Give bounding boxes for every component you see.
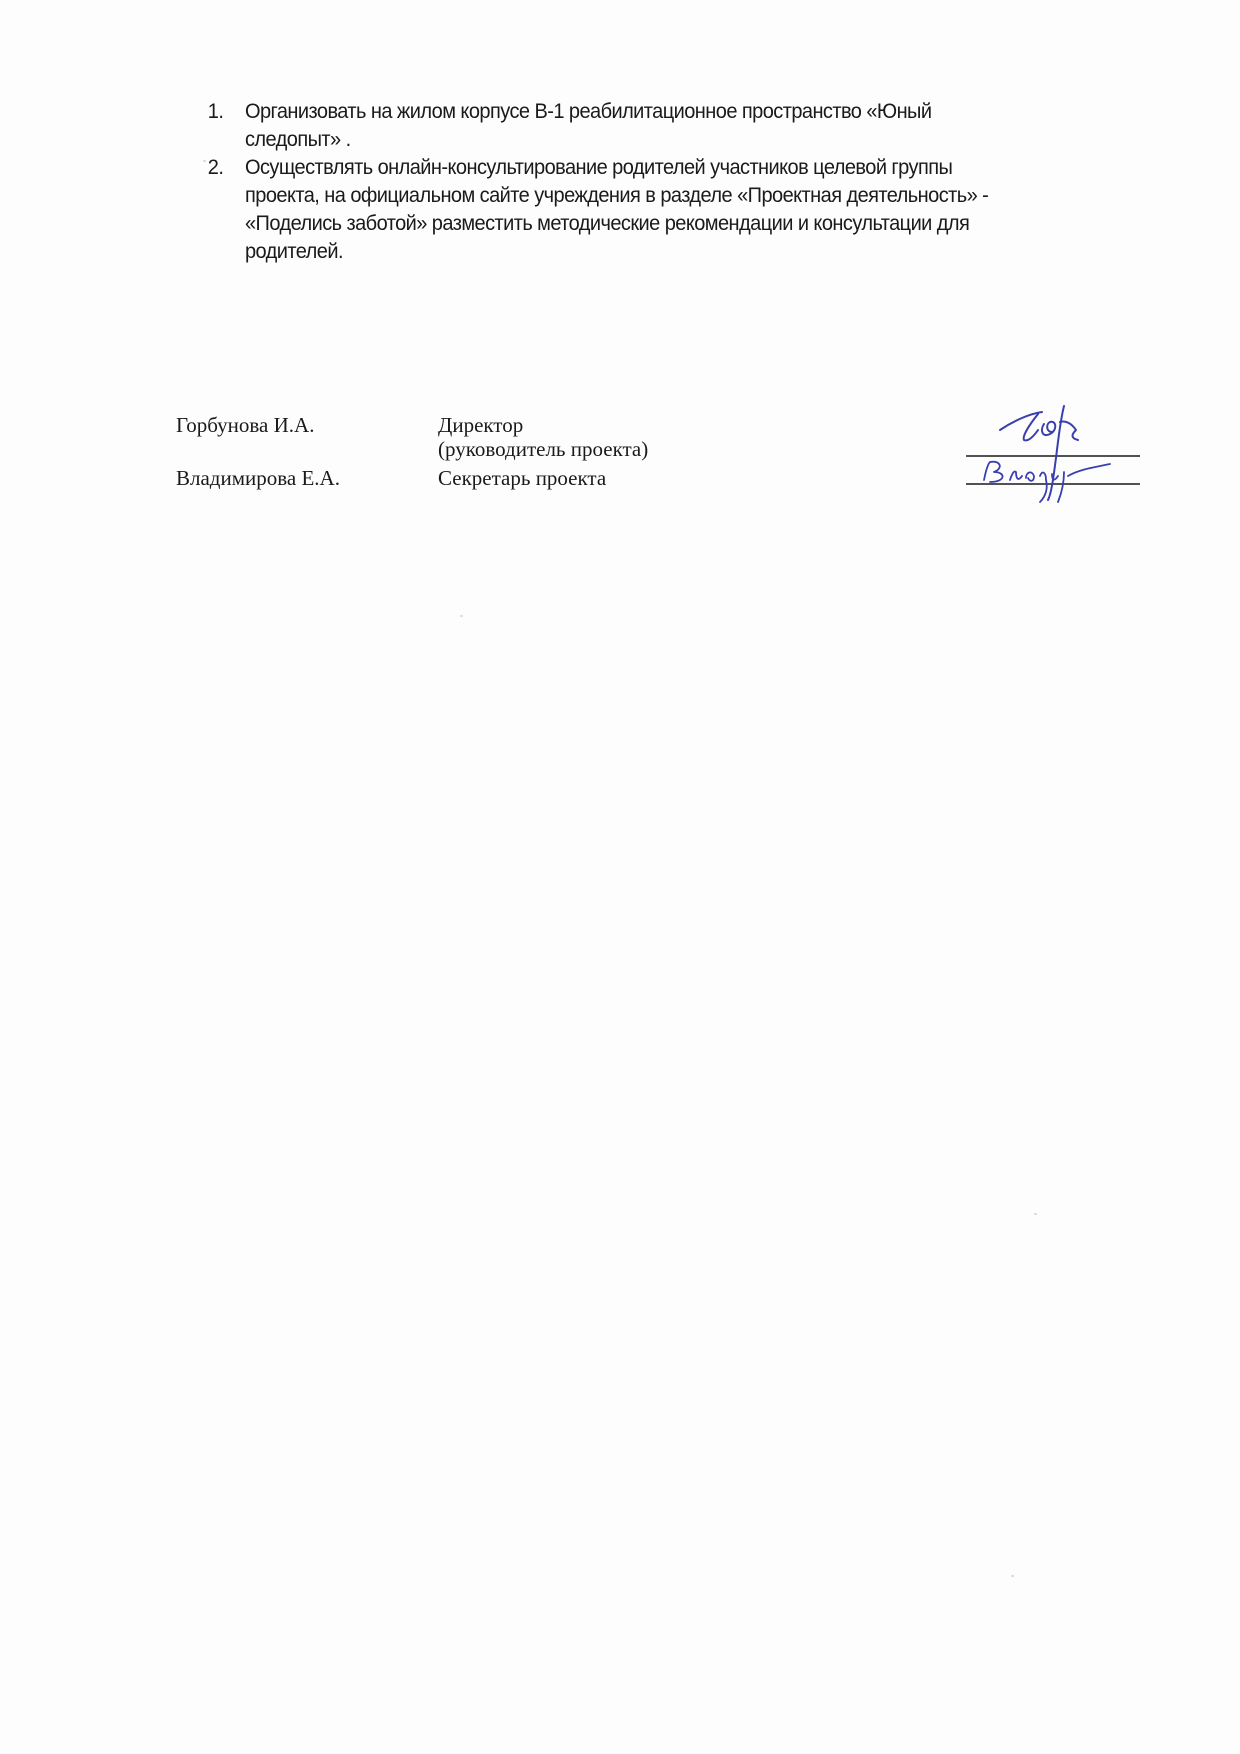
scan-artifact <box>1034 1213 1037 1215</box>
signatory-name: Владимирова Е.А. <box>176 466 340 490</box>
list-item-number: 2. <box>208 153 224 181</box>
list-item-line: Осуществлять онлайн-консультирование род… <box>245 153 1070 181</box>
list-item-line: Организовать на жилом корпусе В-1 реабил… <box>245 97 1070 125</box>
list-item-line: родителей. <box>245 237 1070 265</box>
list-item-number: 1. <box>208 97 224 125</box>
list-item-line: «Поделись заботой» разместить методическ… <box>245 209 1070 237</box>
signature-vladimirova <box>984 462 1110 502</box>
list-item-line: следопыт» . <box>245 125 1070 153</box>
list-item: 1. Организовать на жилом корпусе В-1 реа… <box>205 97 1070 153</box>
signatory-role: Секретарь проекта <box>438 466 606 490</box>
resolution-list: 1. Организовать на жилом корпусе В-1 реа… <box>205 97 1070 265</box>
signatory-role-continued: (руководитель проекта) <box>438 437 648 461</box>
list-item: 2. Осуществлять онлайн-консультирование … <box>205 153 1070 265</box>
scan-artifact <box>1011 1575 1014 1577</box>
scan-artifact <box>203 160 206 162</box>
scan-artifact <box>460 615 463 617</box>
signatory-role: Директор <box>438 413 523 437</box>
document-page: 1. Организовать на жилом корпусе В-1 реа… <box>0 0 1240 1754</box>
signatory-name: Горбунова И.А. <box>176 413 314 437</box>
signature-gorbunova <box>1000 406 1078 500</box>
handwritten-signatures <box>960 392 1160 512</box>
list-item-line: проекта, на официальном сайте учреждения… <box>245 181 1070 209</box>
